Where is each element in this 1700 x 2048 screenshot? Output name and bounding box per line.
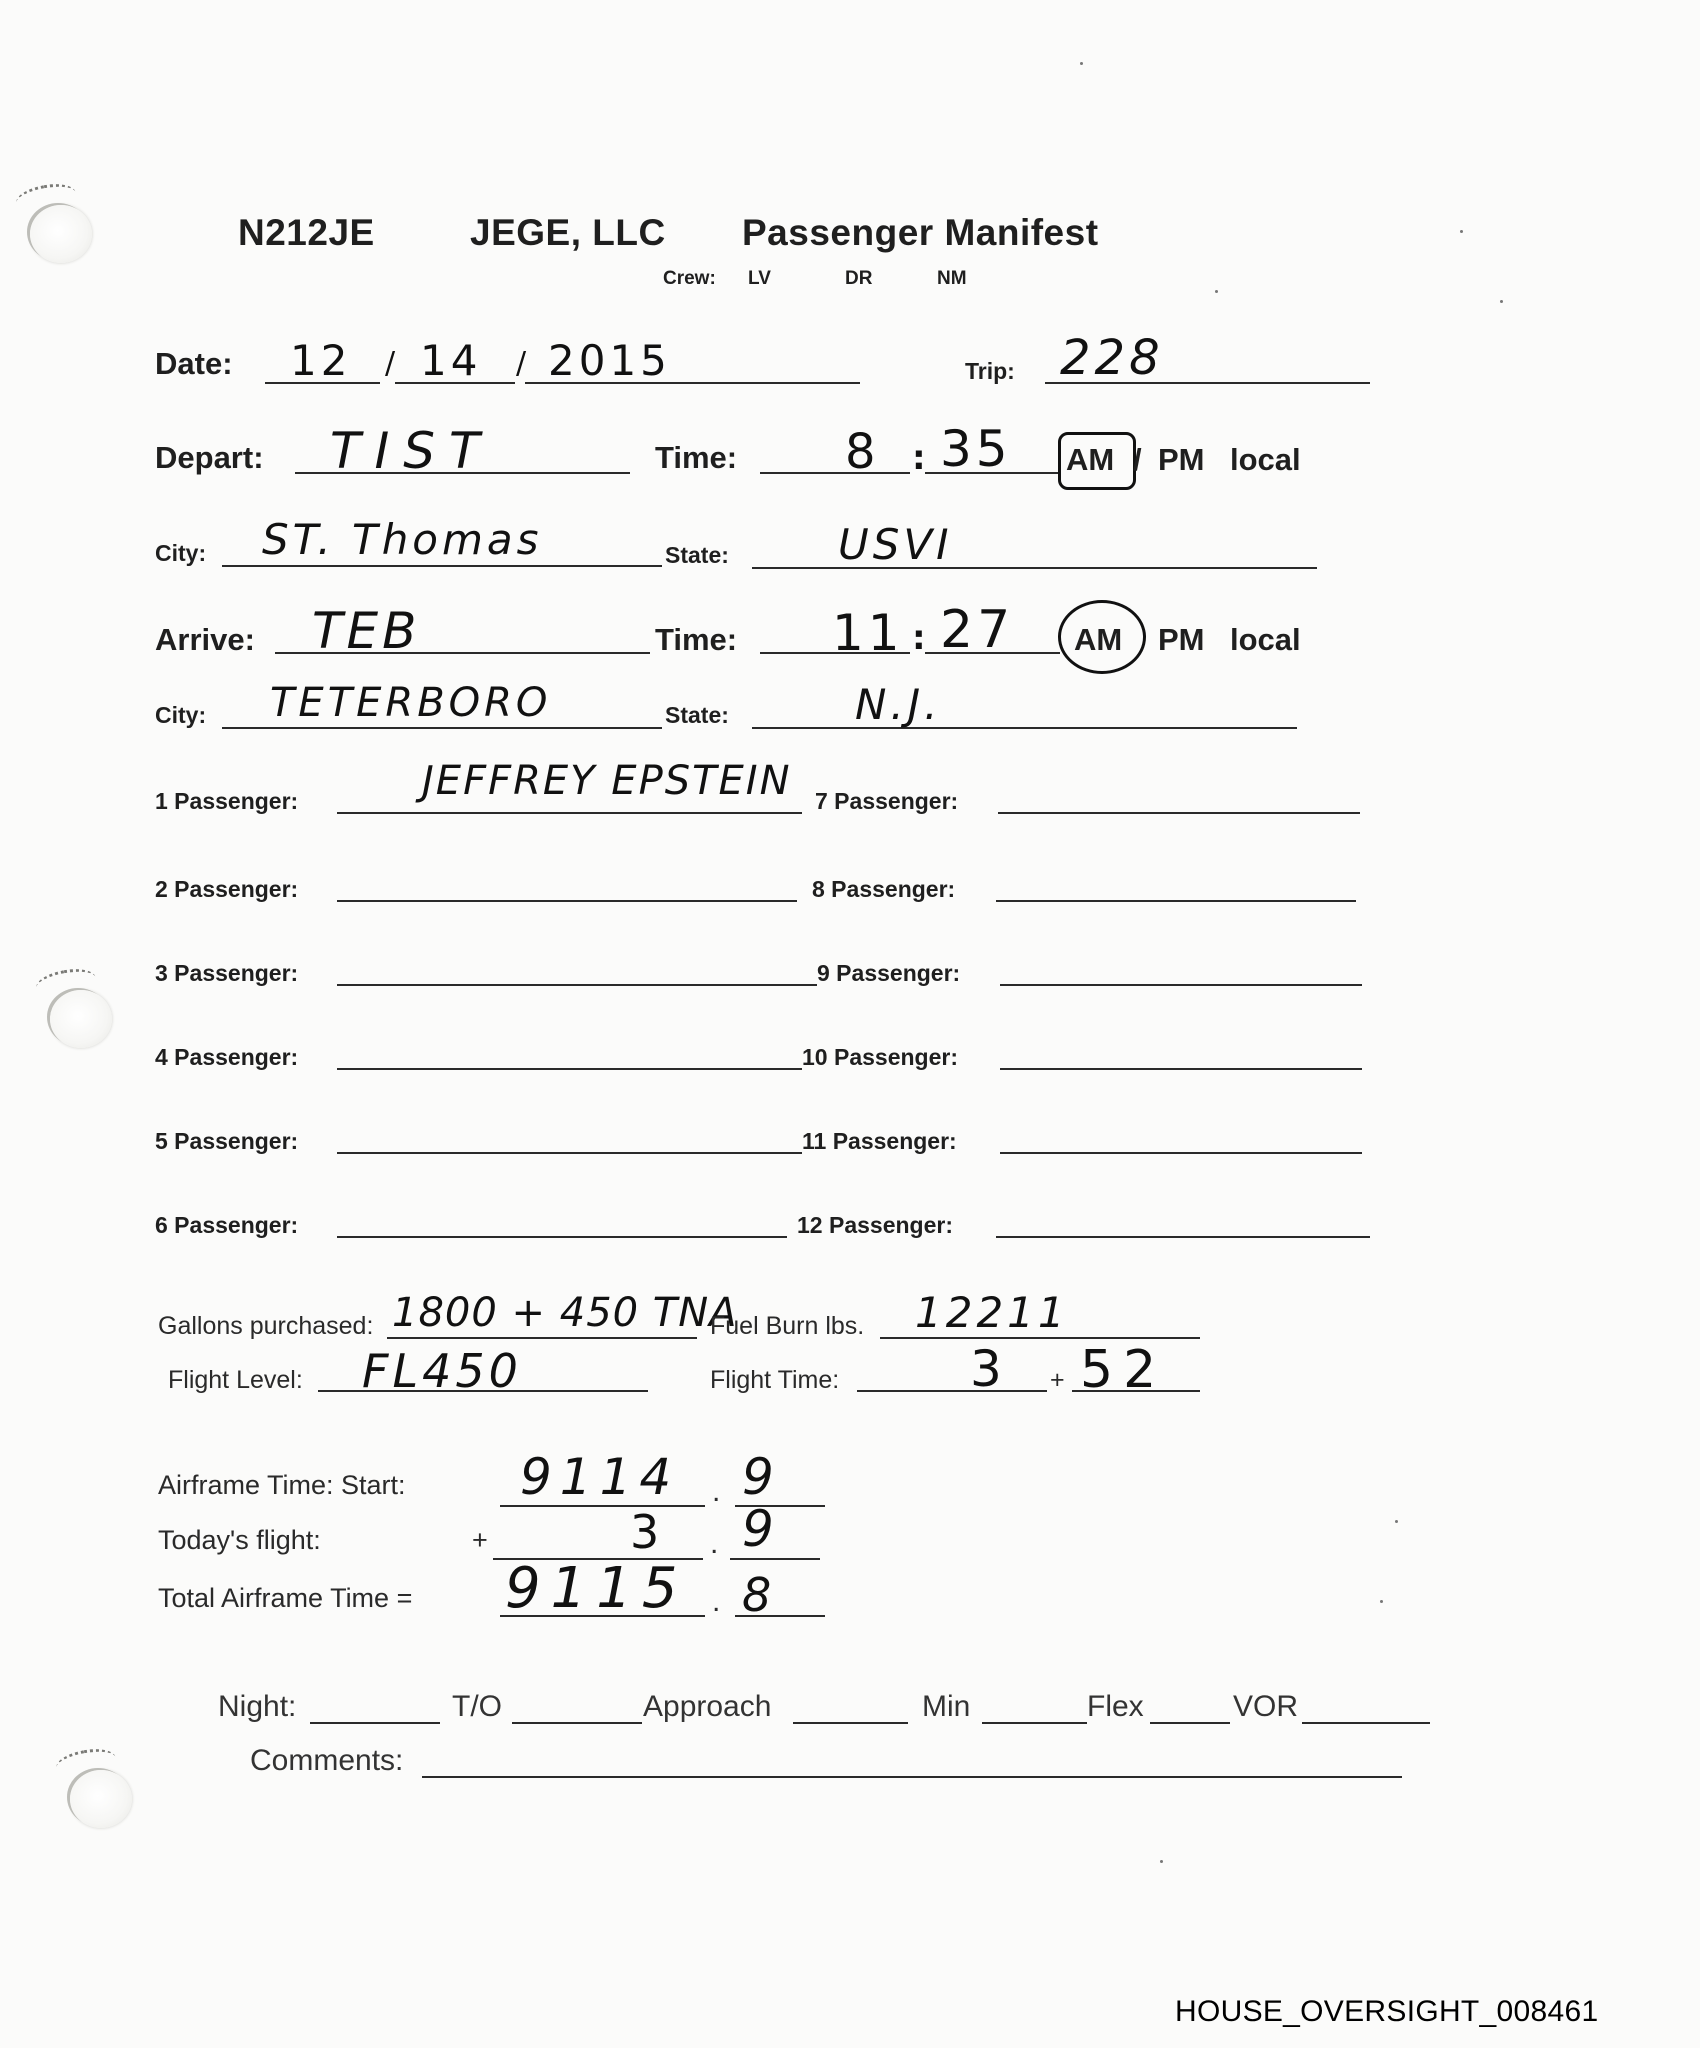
arrive-airport-field[interactable]: TEB [312, 602, 420, 660]
depart-city-label: City: [155, 540, 206, 567]
depart-city-field[interactable]: ST. Thomas [262, 515, 543, 564]
gallons-purchased-label: Gallons purchased: [158, 1312, 373, 1341]
flex-field[interactable] [1150, 1722, 1230, 1724]
arrive-time-label: Time: [655, 622, 737, 658]
passenger-8-field[interactable] [996, 900, 1356, 902]
date-label: Date: [155, 346, 233, 382]
passenger-2-label: 2 Passenger: [155, 876, 298, 903]
total-airframe-decimal: . [712, 1585, 720, 1619]
passenger-10-field[interactable] [1000, 1068, 1362, 1070]
passenger-3-field[interactable] [337, 984, 817, 986]
company-name: JEGE, LLC [470, 212, 666, 254]
passenger-4-field[interactable] [337, 1068, 802, 1070]
total-airframe-tenths-field[interactable]: 8 [742, 1568, 775, 1622]
date-month-field[interactable]: 12 [290, 336, 351, 385]
scan-speck [1395, 1520, 1398, 1523]
takeoff-label: T/O [452, 1690, 502, 1724]
depart-state-field[interactable]: USVI [838, 520, 953, 569]
passenger-3-label: 3 Passenger: [155, 960, 298, 987]
arrive-local-label: local [1230, 622, 1301, 658]
minimums-field[interactable] [982, 1722, 1087, 1724]
total-airframe-label: Total Airframe Time = [158, 1583, 412, 1614]
gallons-purchased-line [387, 1337, 697, 1339]
fuel-burn-line [880, 1337, 1200, 1339]
todays-flight-tenths-line [730, 1558, 820, 1560]
passenger-7-field[interactable] [998, 812, 1360, 814]
arrive-state-label: State: [665, 702, 729, 729]
minimums-label: Min [922, 1690, 970, 1724]
passenger-6-label: 6 Passenger: [155, 1212, 298, 1239]
todays-flight-decimal: . [710, 1527, 718, 1561]
trip-number-field[interactable]: 228 [1060, 330, 1164, 386]
passenger-1-field[interactable]: JEFFREY EPSTEIN [422, 758, 792, 804]
flight-time-label: Flight Time: [710, 1366, 839, 1395]
approach-field[interactable] [793, 1722, 908, 1724]
depart-time-label: Time: [655, 440, 737, 476]
depart-city-line [222, 565, 662, 567]
hole-punch-bottom [70, 1770, 132, 1828]
depart-local-label: local [1230, 442, 1301, 478]
depart-hour-line [760, 472, 910, 474]
scan-speck [1500, 300, 1503, 303]
date-day-field[interactable]: 14 [420, 336, 481, 385]
crew-label: Crew: [663, 268, 716, 290]
arrive-minute-field[interactable]: 27 [940, 600, 1014, 660]
crew-member-2: DR [845, 268, 872, 290]
trip-label: Trip: [965, 358, 1015, 385]
hole-punch-middle [50, 990, 112, 1048]
passenger-10-label: 10 Passenger: [802, 1044, 958, 1071]
passenger-9-label: 9 Passenger: [817, 960, 960, 987]
flight-time-minutes-field[interactable]: 52 [1080, 1340, 1166, 1400]
date-separator-1: / [385, 346, 399, 381]
airframe-start-whole-field[interactable]: 9114 [520, 1448, 679, 1506]
airframe-start-label: Airframe Time: Start: [158, 1470, 406, 1501]
arrive-am-option[interactable]: AM [1074, 622, 1122, 658]
total-airframe-whole-field[interactable]: 9115 [505, 1556, 688, 1621]
flight-level-field[interactable]: FL450 [362, 1344, 522, 1398]
crew-member-1: LV [748, 268, 771, 290]
comments-label: Comments: [250, 1744, 403, 1778]
flight-time-hours-field[interactable]: 3 [970, 1340, 1006, 1398]
fuel-burn-field[interactable]: 12211 [915, 1288, 1069, 1337]
airframe-start-tenths-field[interactable]: 9 [742, 1448, 778, 1506]
scan-speck [1460, 230, 1463, 233]
passenger-11-field[interactable] [1000, 1152, 1362, 1154]
arrive-label: Arrive: [155, 622, 255, 658]
todays-flight-label: Today's flight: [158, 1525, 321, 1556]
scan-speck [1160, 1860, 1163, 1863]
bates-number: HOUSE_OVERSIGHT_008461 [1175, 1995, 1598, 2029]
takeoff-field[interactable] [512, 1722, 642, 1724]
flex-label: Flex [1087, 1690, 1144, 1724]
todays-flight-tenths-field[interactable]: 9 [742, 1500, 778, 1558]
airframe-start-decimal: . [712, 1475, 720, 1509]
passenger-8-label: 8 Passenger: [812, 876, 955, 903]
fuel-burn-label: Fuel Burn lbs. [710, 1312, 864, 1341]
passenger-2-field[interactable] [337, 900, 797, 902]
flight-level-label: Flight Level: [168, 1366, 303, 1395]
arrive-city-field[interactable]: TETERBORO [270, 680, 551, 726]
scan-speck [1215, 290, 1218, 293]
passenger-4-label: 4 Passenger: [155, 1044, 298, 1071]
passenger-6-field[interactable] [337, 1236, 787, 1238]
crew-member-3: NM [937, 268, 967, 290]
vor-label: VOR [1233, 1690, 1298, 1724]
passenger-12-field[interactable] [996, 1236, 1370, 1238]
depart-label: Depart: [155, 440, 264, 476]
arrive-state-line [752, 727, 1297, 729]
depart-airport-field[interactable]: TIST [330, 422, 494, 480]
flight-time-hours-line [857, 1390, 1047, 1392]
arrive-city-label: City: [155, 702, 206, 729]
depart-am-option[interactable]: AM [1066, 442, 1114, 478]
passenger-11-label: 11 Passenger: [802, 1128, 957, 1155]
passenger-1-line [337, 812, 802, 814]
date-separator-2: / [516, 346, 530, 381]
depart-state-line [752, 567, 1317, 569]
hole-punch-top [30, 205, 92, 263]
arrive-hour-field[interactable]: 11 [832, 604, 904, 662]
night-label: Night: [218, 1690, 296, 1724]
passenger-5-field[interactable] [337, 1152, 802, 1154]
depart-state-label: State: [665, 542, 729, 569]
depart-minute-field[interactable]: 35 [940, 420, 1012, 478]
passenger-9-field[interactable] [1000, 984, 1362, 986]
scan-speck [1380, 1600, 1383, 1603]
tail-number: N212JE [238, 212, 375, 254]
depart-hour-field[interactable]: 8 [845, 424, 880, 480]
form-title: Passenger Manifest [742, 212, 1099, 254]
todays-flight-whole-field[interactable]: 3 [630, 1505, 663, 1559]
vor-field[interactable] [1302, 1722, 1430, 1724]
arrive-city-line [222, 727, 662, 729]
approach-label: Approach [643, 1690, 771, 1724]
depart-pm-option[interactable]: PM [1158, 442, 1205, 478]
night-field[interactable] [310, 1722, 440, 1724]
arrive-pm-option[interactable]: PM [1158, 622, 1205, 658]
gallons-purchased-field[interactable]: 1800 + 450 TNA [392, 1290, 738, 1336]
comments-field[interactable] [422, 1776, 1402, 1778]
todays-flight-plus: + [472, 1525, 488, 1556]
arrive-state-field[interactable]: N.J. [855, 680, 942, 729]
passenger-7-label: 7 Passenger: [815, 788, 958, 815]
passenger-12-label: 12 Passenger: [797, 1212, 953, 1239]
passenger-1-label: 1 Passenger: [155, 788, 298, 815]
flight-time-plus: + [1050, 1366, 1065, 1395]
depart-ampm-slash: / [1133, 442, 1142, 478]
passenger-5-label: 5 Passenger: [155, 1128, 298, 1155]
scan-speck [1080, 62, 1083, 65]
date-year-field[interactable]: 2015 [548, 336, 671, 385]
